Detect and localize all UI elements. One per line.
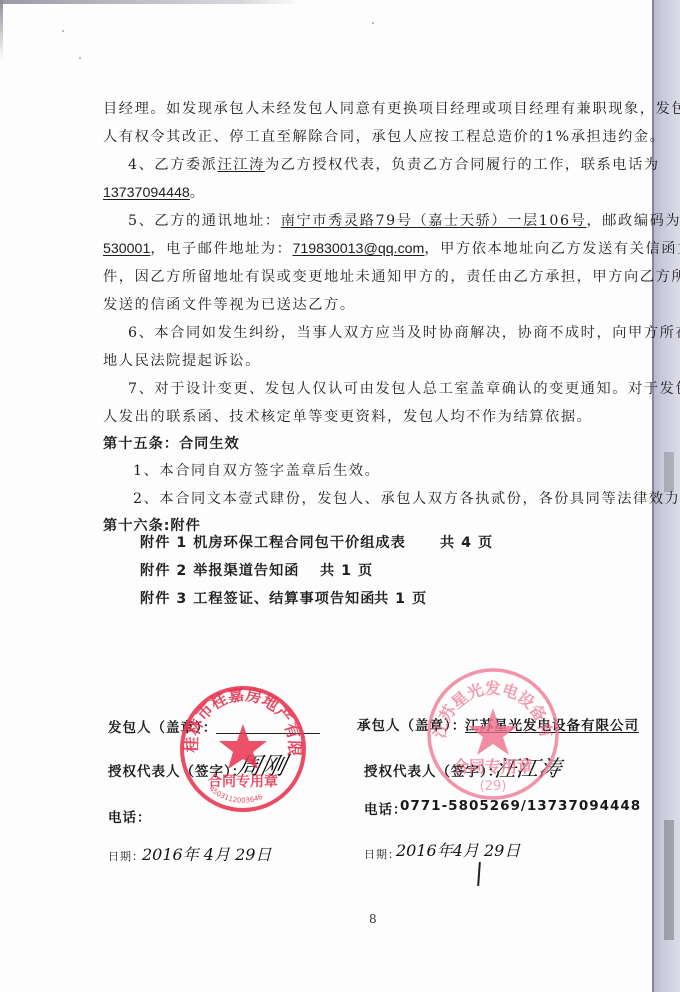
clause-text: ，甲方依本地址向乙方发送有关信函文 [424, 241, 680, 257]
clause-text: ，邮政编码为： [586, 213, 680, 229]
employer-seal-line [216, 733, 320, 734]
employer-seal-label: 发包人（盖章）： [108, 716, 217, 736]
paragraph-line: 7、对于设计变更、发包人仅认可由发包人总工室盖章确认的变更通知。对于发包 [128, 379, 680, 399]
svg-text:4503112003646: 4503112003646 [208, 785, 265, 805]
attachment-3-pages: 共 1 页 [374, 589, 427, 609]
paragraph-line: 件，因乙方所留地址有误或变更地址未通知甲方的，责任由乙方承担，甲方向乙方所 [103, 267, 680, 287]
scan-left-edge [0, 0, 3, 60]
employer-date-handwritten: 2016年 4月 29日 [142, 842, 271, 865]
paragraph-line: 目经理。如发现承包人未经发包人同意有更换项目经理或项目经理有兼职现象，发包 [103, 99, 680, 119]
attachment-1-pages: 共 4 页 [440, 533, 493, 553]
employer-phone-label: 电话： [108, 806, 152, 826]
clause-4-line-1: 4、乙方委派汪江涛为乙方授权代表，负责乙方合同履行的工作，联系电话为 [128, 155, 660, 175]
section-15-heading: 第十五条：合同生效 [103, 434, 240, 454]
clause-5-line-1: 5、乙方的通讯地址：南宁市秀灵路79号（嘉士天骄）一层106号，邮政编码为： [128, 211, 680, 231]
section-15-item: 1、本合同自双方签字盖章后生效。 [133, 461, 380, 481]
attachment-2: 附件 2 举报渠道告知函 [140, 561, 299, 581]
contractor-rep-label: 授权代表人（签字）： [364, 760, 502, 780]
attachment-3: 附件 3 工程签证、结算事项告知函 [140, 589, 375, 609]
paragraph-line: 6、本合同如发生纠纷，当事人双方应当及时协商解决，协商不成时，向甲方所在 [128, 323, 680, 343]
contractor-signature: 汪江涛 [492, 752, 563, 783]
email-address: 719830013@qq.com [292, 241, 424, 257]
clause-4-line-2: 13737094448。 [103, 183, 206, 203]
clause-text: 4、乙方委派 [128, 157, 218, 173]
contractor-phone: 0771-5805269/13737094448 [400, 798, 641, 814]
employer-date-label: 日期： [108, 848, 144, 864]
paragraph-line: 发送的信函文件等视为已送达乙方。 [103, 295, 356, 315]
date-pen-stroke [477, 862, 481, 886]
paragraph-line: 地人民法院提起诉讼。 [103, 351, 261, 371]
postal-code: 530001 [103, 241, 150, 257]
paragraph-line: 人发出的联系函、技术核定单等变更资料，发包人均不作为结算依据。 [103, 407, 592, 427]
paragraph-line: 人有权令其改正、停工直至解除合同，承包人应按工程总造价的1%承担违约金。 [103, 127, 666, 147]
clause-5-line-2: 530001，电子邮件地址为：719830013@qq.com，甲方依本地址向乙… [103, 239, 680, 259]
attachment-2-pages: 共 1 页 [320, 561, 373, 581]
mailing-address: 南宁市秀灵路79号（嘉士天骄）一层106号 [281, 213, 587, 229]
page-number: 8 [369, 912, 377, 926]
clause-text: ，电子邮件地址为： [150, 241, 292, 257]
scanned-contract-page: 目经理。如发现承包人未经发包人同意有更换项目经理或项目经理有兼职现象，发包 人有… [0, 0, 680, 992]
employer-rep-label: 授权代表人（签字）： [108, 760, 246, 780]
clause-text: 。 [190, 185, 206, 201]
contractor-seal-label: 承包人（盖章）： [357, 714, 466, 734]
attachment-1: 附件 1 机房环保工程合同包干价组成表 [140, 533, 406, 553]
section-15-item: 2、本合同文本壹式肆份，发包人、承包人双方各执贰份，各份具同等法律效力。 [133, 489, 680, 509]
scan-top-edge [0, 0, 300, 4]
contractor-date-handwritten: 2016年4月 29日 [396, 838, 520, 861]
employer-signature: 周刚 [234, 746, 289, 781]
clause-text: 5、乙方的通讯地址： [128, 213, 281, 229]
representative-name: 汪江涛 [218, 157, 265, 173]
contact-phone: 13737094448 [103, 185, 190, 201]
clause-text: 为乙方授权代表，负责乙方合同履行的工作，联系电话为 [265, 157, 660, 173]
contractor-company-name: 江苏星光发电设备有限公司 [465, 714, 639, 734]
contractor-date-label: 日期： [364, 846, 400, 862]
